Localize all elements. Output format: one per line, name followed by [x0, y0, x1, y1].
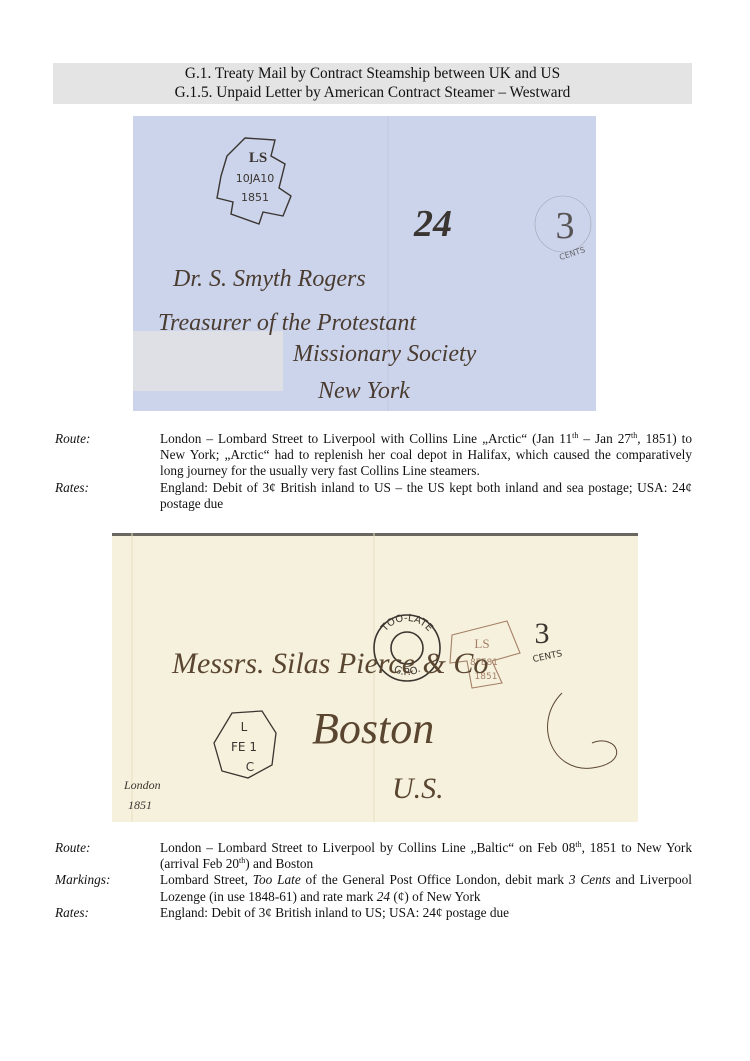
markings-label: Markings: [55, 872, 160, 904]
svg-text:L: L [241, 720, 248, 734]
rates-text: England: Debit of 3¢ British inland to U… [160, 905, 692, 921]
subsection-title: G.1.5. Unpaid Letter by American Contrac… [53, 83, 692, 102]
route-text: London – Lombard Street to Liverpool wit… [160, 431, 692, 480]
route-row: Route: London – Lombard Street to Liverp… [55, 840, 692, 872]
markings-text: Lombard Street, Too Late of the General … [160, 872, 692, 904]
markings-row: Markings: Lombard Street, Too Late of th… [55, 872, 692, 904]
rates-row: Rates: England: Debit of 3¢ British inla… [55, 480, 692, 512]
rates-label: Rates: [55, 480, 160, 512]
svg-text:Messrs. Silas Pierce & Co: Messrs. Silas Pierce & Co [171, 647, 488, 680]
svg-text:Dr. S. Smyth Rogers: Dr. S. Smyth Rogers [172, 266, 366, 292]
svg-text:1851: 1851 [128, 798, 152, 812]
rates-row: Rates: England: Debit of 3¢ British inla… [55, 905, 692, 921]
svg-text:New York: New York [317, 378, 410, 404]
route-label: Route: [55, 431, 160, 480]
route-text: London – Lombard Street to Liverpool by … [160, 840, 692, 872]
svg-text:LS: LS [249, 150, 267, 166]
svg-text:3: 3 [556, 205, 575, 247]
rates-label: Rates: [55, 905, 160, 921]
debit-mark-3: 3 [535, 617, 550, 650]
route-row: Route: London – Lombard Street to Liverp… [55, 431, 692, 480]
svg-text:10JA10: 10JA10 [236, 172, 275, 185]
section-title: G.1. Treaty Mail by Contract Steamship b… [53, 64, 692, 83]
cover-1-description: Route: London – Lombard Street to Liverp… [55, 431, 692, 512]
svg-text:FE 1: FE 1 [231, 740, 257, 754]
svg-text:U.S.: U.S. [392, 772, 444, 805]
svg-text:Missionary Society: Missionary Society [292, 341, 477, 367]
cover-image-arctic: LS 10JA10 1851 24 3 CENTS Dr. S. Smyth R… [133, 116, 596, 411]
rate-mark-24: 24 [413, 203, 452, 245]
svg-text:1851: 1851 [241, 191, 269, 204]
cover-2-description: Route: London – Lombard Street to Liverp… [55, 840, 692, 921]
route-label: Route: [55, 840, 160, 872]
cover-image-baltic: TOO-LATE G.P.O. LS 8FE81 1851 3 CENTS L … [112, 533, 638, 822]
page-header: G.1. Treaty Mail by Contract Steamship b… [53, 63, 692, 104]
svg-text:London: London [123, 778, 161, 792]
svg-text:C: C [246, 760, 254, 774]
svg-text:Treasurer of the Protestant: Treasurer of the Protestant [158, 310, 417, 336]
svg-text:Boston: Boston [312, 704, 434, 753]
rates-text: England: Debit of 3¢ British inland to U… [160, 480, 692, 512]
